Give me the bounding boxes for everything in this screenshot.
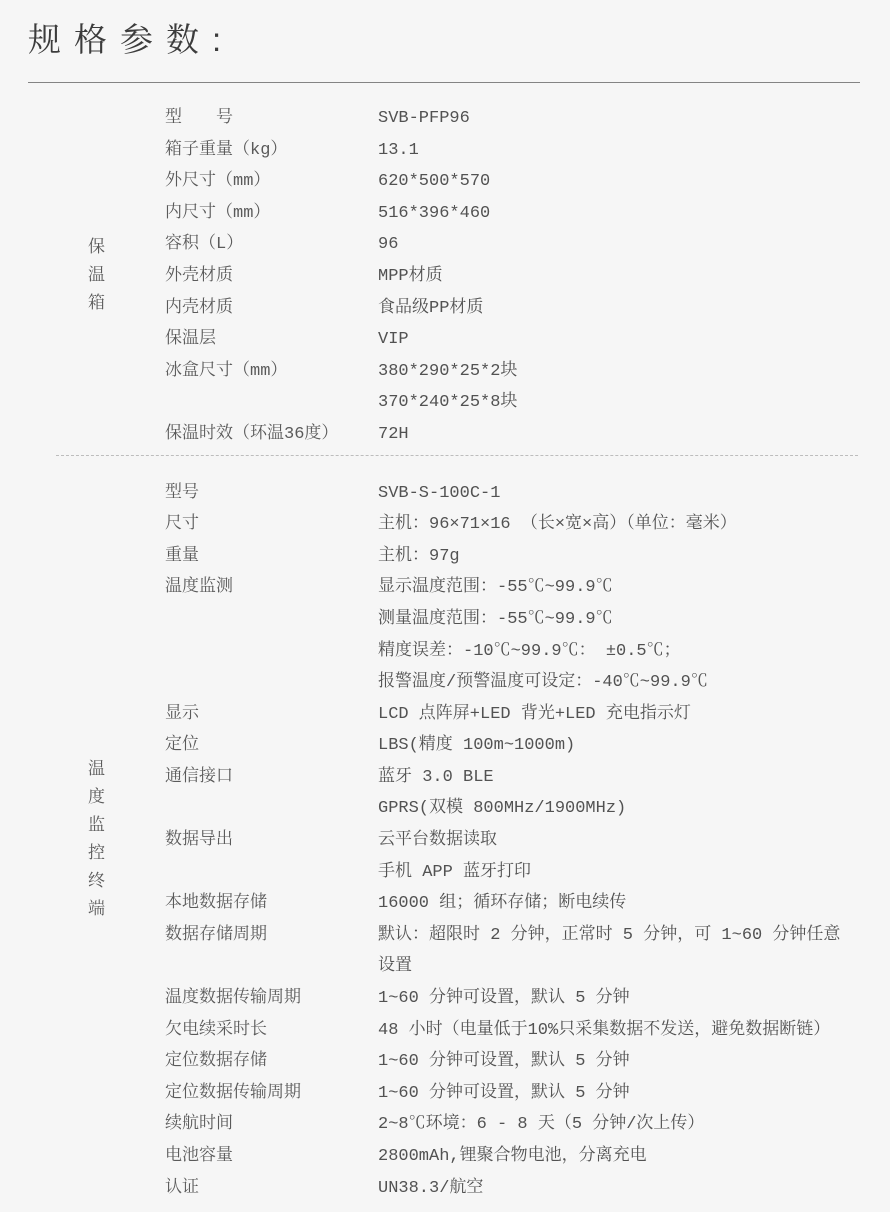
- spec-row: 型号SVB-S-100C-1: [165, 478, 870, 510]
- spec-row: 型 号SVB-PFP96: [165, 103, 870, 135]
- section-name-char: 温: [88, 757, 165, 785]
- spec-row-label: 容积（L）: [165, 229, 378, 261]
- page-title: 规格参数:: [28, 20, 890, 60]
- spec-row-label: 续航时间: [165, 1109, 378, 1141]
- spec-row-value: 72H: [378, 419, 870, 451]
- spec-row-value: SVB-PFP96: [378, 103, 870, 135]
- spec-value-line: 食品级PP材质: [378, 293, 870, 325]
- spec-value-line: 370*240*25*8块: [378, 387, 870, 419]
- spec-row-value: 云平台数据读取手机 APP 蓝牙打印: [378, 825, 870, 888]
- spec-row-label: 数据导出: [165, 825, 378, 857]
- spec-row-value: 2~8℃环境：6 - 8 天（5 分钟/次上传）: [378, 1109, 870, 1141]
- spec-value-line: 16000 组；循环存储；断电续传: [378, 888, 870, 920]
- spec-row: 本地数据存储16000 组；循环存储；断电续传: [165, 888, 870, 920]
- spec-value-line: 测量温度范围：-55℃~99.9℃: [378, 604, 870, 636]
- spec-row: 续航时间2~8℃环境：6 - 8 天（5 分钟/次上传）: [165, 1109, 870, 1141]
- spec-value-line: UN38.3/航空: [378, 1173, 870, 1205]
- spec-section-1: 保温箱型 号SVB-PFP96箱子重量（kg）13.1外尺寸（mm）620*50…: [0, 83, 890, 455]
- spec-value-line: SVB-S-100C-1: [378, 478, 870, 510]
- spec-value-line: 默认：超限时 2 分钟，正常时 5 分钟，可 1~60 分钟任意: [378, 920, 870, 952]
- section-rows: 型 号SVB-PFP96箱子重量（kg）13.1外尺寸（mm）620*500*5…: [165, 103, 870, 451]
- spec-row-label: 型号: [165, 478, 378, 510]
- spec-row: 温度数据传输周期1~60 分钟可设置，默认 5 分钟: [165, 983, 870, 1015]
- spec-value-line: 报警温度/预警温度可设定：-40℃~99.9℃: [378, 667, 870, 699]
- spec-row-value: 显示温度范围：-55℃~99.9℃测量温度范围：-55℃~99.9℃精度误差：-…: [378, 572, 870, 698]
- spec-value-line: MPP材质: [378, 261, 870, 293]
- spec-row-value: 48 小时（电量低于10%只采集数据不发送，避免数据断链）: [378, 1015, 870, 1047]
- spec-row: 保温时效（环温36度）72H: [165, 419, 870, 451]
- spec-row-value: 2800mAh,锂聚合物电池，分离充电: [378, 1141, 870, 1173]
- spec-row: 显示LCD 点阵屏+LED 背光+LED 充电指示灯: [165, 699, 870, 731]
- spec-row-label: 定位数据存储: [165, 1046, 378, 1078]
- section-name-char: 监: [88, 813, 165, 841]
- spec-row-value: VIP: [378, 324, 870, 356]
- spec-row-label: 温度数据传输周期: [165, 983, 378, 1015]
- spec-row: 认证UN38.3/航空: [165, 1173, 870, 1205]
- spec-row: 定位数据传输周期1~60 分钟可设置，默认 5 分钟: [165, 1078, 870, 1110]
- spec-value-line: GPRS(双模 800MHz/1900MHz): [378, 793, 870, 825]
- spec-row: 箱子重量（kg）13.1: [165, 135, 870, 167]
- spec-row: 欠电续采时长48 小时（电量低于10%只采集数据不发送，避免数据断链）: [165, 1015, 870, 1047]
- spec-value-line: 96: [378, 229, 870, 261]
- section-name-char: 控: [88, 841, 165, 869]
- spec-value-line: 380*290*25*2块: [378, 356, 870, 388]
- spec-row-value: 1~60 分钟可设置，默认 5 分钟: [378, 1046, 870, 1078]
- spec-value-line: 13.1: [378, 135, 870, 167]
- spec-row-label: 保温层: [165, 324, 378, 356]
- spec-row-label: 重量: [165, 541, 378, 573]
- section-name-char: 度: [88, 785, 165, 813]
- spec-row-value: LCD 点阵屏+LED 背光+LED 充电指示灯: [378, 699, 870, 731]
- spec-row: 冰盒尺寸（mm）380*290*25*2块370*240*25*8块: [165, 356, 870, 419]
- spec-value-line: 显示温度范围：-55℃~99.9℃: [378, 572, 870, 604]
- spec-row-label: 电池容量: [165, 1141, 378, 1173]
- spec-row: 数据导出云平台数据读取手机 APP 蓝牙打印: [165, 825, 870, 888]
- spec-row-label: 外壳材质: [165, 261, 378, 293]
- spec-value-line: 1~60 分钟可设置，默认 5 分钟: [378, 983, 870, 1015]
- spec-section-2: 温度监控终端型号SVB-S-100C-1尺寸主机：96×71×16 （长×宽×高…: [0, 456, 890, 1205]
- spec-row-label: 尺寸: [165, 509, 378, 541]
- section-name-label: 温度监控终端: [0, 478, 165, 1205]
- spec-value-line: 1~60 分钟可设置，默认 5 分钟: [378, 1046, 870, 1078]
- spec-row-label: 通信接口: [165, 762, 378, 794]
- spec-row-value: 620*500*570: [378, 166, 870, 198]
- spec-value-line: VIP: [378, 324, 870, 356]
- section-name-char: 温: [88, 263, 165, 291]
- spec-row-value: LBS(精度 100m~1000m): [378, 730, 870, 762]
- spec-value-line: 620*500*570: [378, 166, 870, 198]
- spec-row-label: 型 号: [165, 103, 378, 135]
- spec-row-value: 主机：96×71×16 （长×宽×高）（单位：毫米）: [378, 509, 870, 541]
- spec-value-line: 主机：97g: [378, 541, 870, 573]
- spec-value-line: 设置: [378, 951, 870, 983]
- spec-row: 电池容量2800mAh,锂聚合物电池，分离充电: [165, 1141, 870, 1173]
- spec-row-value: 1~60 分钟可设置，默认 5 分钟: [378, 983, 870, 1015]
- spec-value-line: 云平台数据读取: [378, 825, 870, 857]
- section-rows: 型号SVB-S-100C-1尺寸主机：96×71×16 （长×宽×高）（单位：毫…: [165, 478, 870, 1205]
- spec-row-value: 380*290*25*2块370*240*25*8块: [378, 356, 870, 419]
- section-name-char: 终: [88, 869, 165, 897]
- spec-row: 外壳材质MPP材质: [165, 261, 870, 293]
- spec-value-line: LBS(精度 100m~1000m): [378, 730, 870, 762]
- spec-row-label: 箱子重量（kg）: [165, 135, 378, 167]
- spec-value-line: 2~8℃环境：6 - 8 天（5 分钟/次上传）: [378, 1109, 870, 1141]
- spec-value-line: 主机：96×71×16 （长×宽×高）（单位：毫米）: [378, 509, 870, 541]
- spec-row-value: MPP材质: [378, 261, 870, 293]
- spec-row: 保温层VIP: [165, 324, 870, 356]
- spec-row: 重量主机：97g: [165, 541, 870, 573]
- spec-row-label: 冰盒尺寸（mm）: [165, 356, 378, 388]
- spec-row-label: 认证: [165, 1173, 378, 1205]
- spec-row: 温度监测显示温度范围：-55℃~99.9℃测量温度范围：-55℃~99.9℃精度…: [165, 572, 870, 698]
- spec-row-value: 13.1: [378, 135, 870, 167]
- spec-row-label: 定位: [165, 730, 378, 762]
- spec-row-value: 蓝牙 3.0 BLEGPRS(双模 800MHz/1900MHz): [378, 762, 870, 825]
- spec-row-value: 默认：超限时 2 分钟，正常时 5 分钟，可 1~60 分钟任意设置: [378, 920, 870, 983]
- spec-row: 定位数据存储1~60 分钟可设置，默认 5 分钟: [165, 1046, 870, 1078]
- spec-row-label: 温度监测: [165, 572, 378, 604]
- spec-row-value: SVB-S-100C-1: [378, 478, 870, 510]
- spec-value-line: 手机 APP 蓝牙打印: [378, 857, 870, 889]
- spec-value-line: 2800mAh,锂聚合物电池，分离充电: [378, 1141, 870, 1173]
- spec-value-line: 72H: [378, 419, 870, 451]
- spec-row: 外尺寸（mm）620*500*570: [165, 166, 870, 198]
- spec-value-line: 精度误差：-10℃~99.9℃： ±0.5℃；: [378, 636, 870, 668]
- spec-row-value: UN38.3/航空: [378, 1173, 870, 1205]
- spec-row: 通信接口蓝牙 3.0 BLEGPRS(双模 800MHz/1900MHz): [165, 762, 870, 825]
- spec-row-label: 本地数据存储: [165, 888, 378, 920]
- spec-row-label: 显示: [165, 699, 378, 731]
- spec-row-label: 内尺寸（mm）: [165, 198, 378, 230]
- spec-row-value: 96: [378, 229, 870, 261]
- spec-value-line: 1~60 分钟可设置，默认 5 分钟: [378, 1078, 870, 1110]
- spec-row-value: 1~60 分钟可设置，默认 5 分钟: [378, 1078, 870, 1110]
- spec-value-line: 516*396*460: [378, 198, 870, 230]
- spec-row: 容积（L）96: [165, 229, 870, 261]
- spec-value-line: 48 小时（电量低于10%只采集数据不发送，避免数据断链）: [378, 1015, 870, 1047]
- spec-row: 尺寸主机：96×71×16 （长×宽×高）（单位：毫米）: [165, 509, 870, 541]
- spec-row-label: 定位数据传输周期: [165, 1078, 378, 1110]
- spec-row-value: 516*396*460: [378, 198, 870, 230]
- spec-row: 内壳材质食品级PP材质: [165, 293, 870, 325]
- spec-value-line: 蓝牙 3.0 BLE: [378, 762, 870, 794]
- spec-row-value: 食品级PP材质: [378, 293, 870, 325]
- spec-value-line: LCD 点阵屏+LED 背光+LED 充电指示灯: [378, 699, 870, 731]
- spec-row: 数据存储周期默认：超限时 2 分钟，正常时 5 分钟，可 1~60 分钟任意设置: [165, 920, 870, 983]
- spec-row: 内尺寸（mm）516*396*460: [165, 198, 870, 230]
- section-name-char: 端: [88, 897, 165, 925]
- spec-value-line: SVB-PFP96: [378, 103, 870, 135]
- spec-row-label: 保温时效（环温36度）: [165, 419, 378, 451]
- spec-row-value: 主机：97g: [378, 541, 870, 573]
- spec-sheet-page: 规格参数: 保温箱型 号SVB-PFP96箱子重量（kg）13.1外尺寸（mm）…: [0, 0, 890, 1212]
- spec-row: 定位LBS(精度 100m~1000m): [165, 730, 870, 762]
- spec-row-label: 数据存储周期: [165, 920, 378, 952]
- spec-sections: 保温箱型 号SVB-PFP96箱子重量（kg）13.1外尺寸（mm）620*50…: [0, 83, 890, 1204]
- spec-row-label: 欠电续采时长: [165, 1015, 378, 1047]
- spec-row-value: 16000 组；循环存储；断电续传: [378, 888, 870, 920]
- section-name-label: 保温箱: [0, 103, 165, 451]
- spec-row-label: 内壳材质: [165, 293, 378, 325]
- section-name-char: 保: [88, 235, 165, 263]
- section-name-char: 箱: [88, 291, 165, 319]
- spec-row-label: 外尺寸（mm）: [165, 166, 378, 198]
